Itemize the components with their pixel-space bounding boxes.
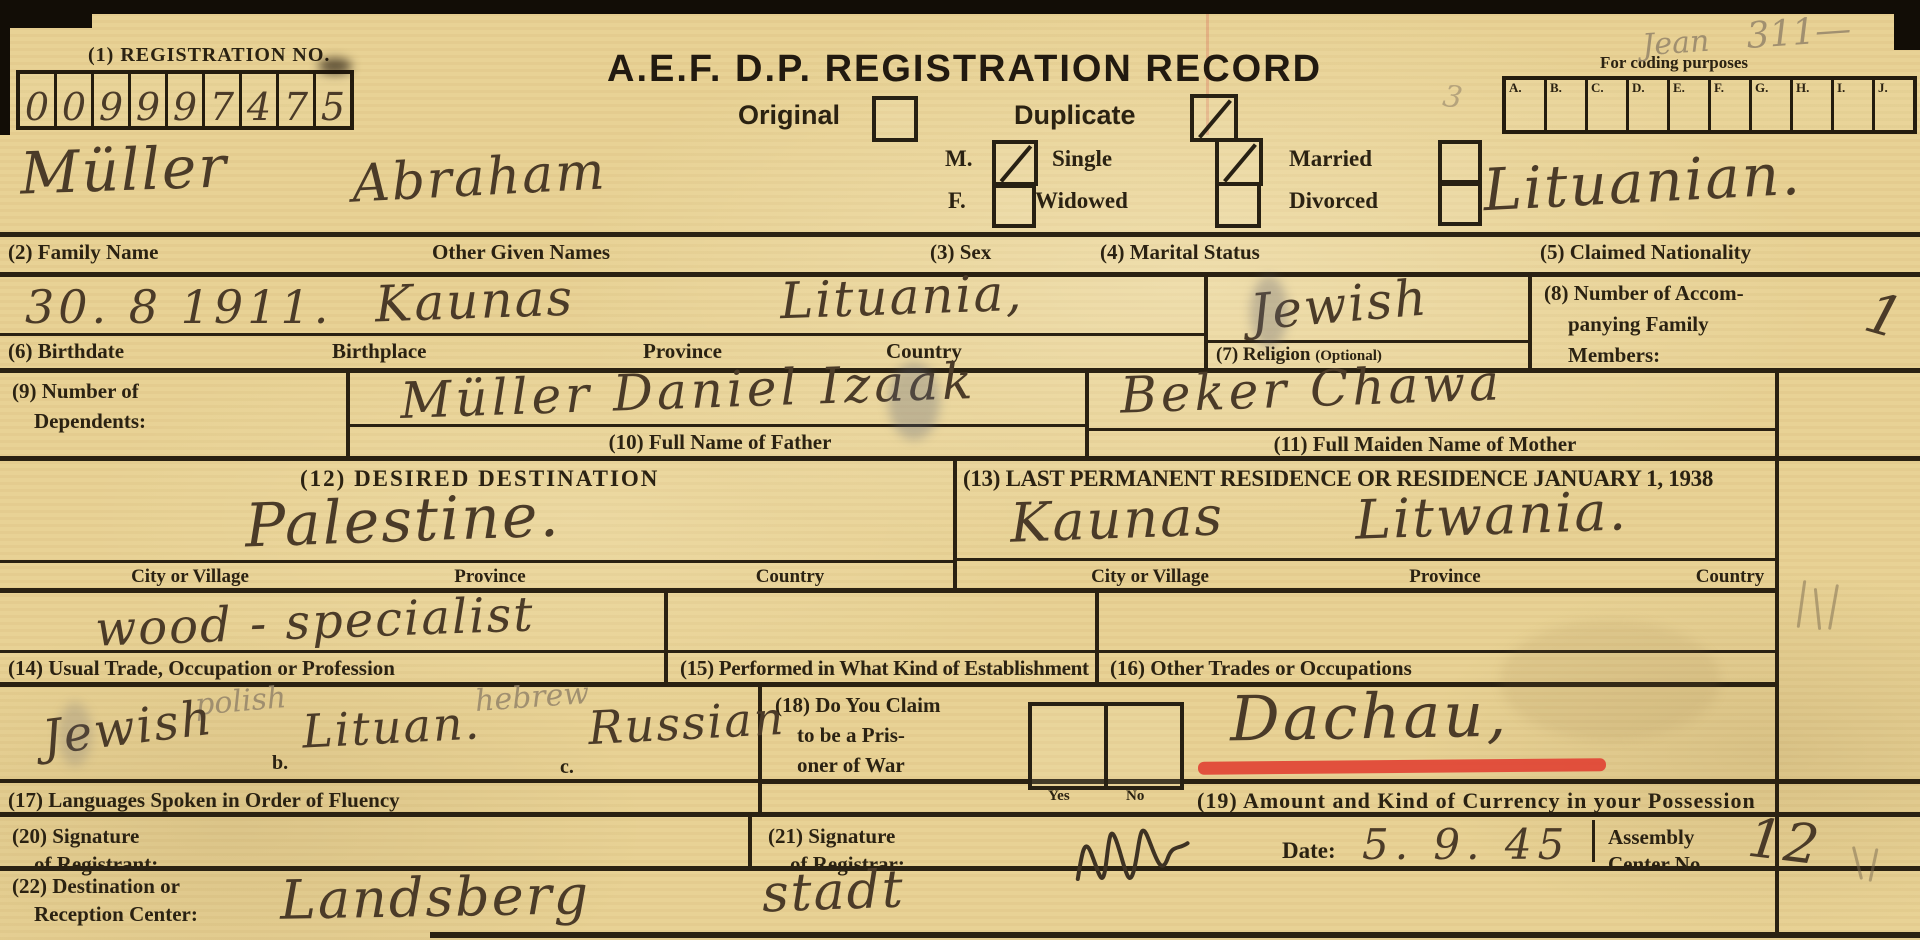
trade-value: wood - specialist bbox=[94, 586, 535, 657]
divorced-checkbox bbox=[1438, 182, 1482, 226]
reception-suffix-value: stadt bbox=[761, 860, 906, 925]
widowed-label: Widowed bbox=[1035, 188, 1128, 214]
rule bbox=[1204, 272, 1208, 368]
registration-no-label: (1) REGISTRATION NO. bbox=[88, 44, 330, 67]
registration-digit-box: 4 bbox=[242, 74, 279, 126]
rule bbox=[0, 560, 953, 563]
given-name-value: Abraham bbox=[351, 141, 608, 214]
registration-digit-box: 9 bbox=[94, 74, 131, 126]
scan-edge-left bbox=[0, 0, 10, 135]
registration-number-boxes: 0 0 9 9 9 7 4 7 5 bbox=[16, 70, 354, 130]
scan-edge-top bbox=[0, 0, 1920, 14]
performed-label: (15) Performed in What Kind of Establish… bbox=[680, 656, 1089, 681]
dp-registration-record-scan: (1) REGISTRATION NO. 0 0 9 9 9 7 4 7 5 A… bbox=[0, 0, 1920, 940]
coding-box-d: D. bbox=[1629, 80, 1670, 130]
coding-box-f: F. bbox=[1711, 80, 1752, 130]
registration-digit-box: 5 bbox=[316, 74, 350, 126]
coding-pencil-note: Jean 311— bbox=[1641, 9, 1853, 64]
rule bbox=[748, 812, 752, 866]
original-label: Original bbox=[738, 100, 840, 131]
coding-box-h: H. bbox=[1793, 80, 1834, 130]
pencil-scribble bbox=[1852, 846, 1863, 880]
date-value: 5. 9. 45 bbox=[1362, 820, 1570, 869]
family-name-label: (2) Family Name bbox=[8, 240, 158, 265]
father-name-value: Müller Daniel Izaak bbox=[399, 352, 977, 430]
birthdate-value: 30. 8 1911. bbox=[25, 280, 332, 334]
scan-edge-top-right bbox=[1894, 0, 1920, 50]
res-province-label: Province bbox=[1375, 566, 1515, 588]
coding-box-a: A. bbox=[1506, 80, 1547, 130]
rule bbox=[1095, 588, 1099, 682]
assembly-center-label: Assembly Center No. bbox=[1608, 824, 1706, 878]
residence-city-value: Kaunas bbox=[1009, 484, 1225, 554]
currency-label: (19) Amount and Kind of Currency in your… bbox=[1197, 788, 1756, 814]
pencil-scribble bbox=[1828, 584, 1839, 630]
m-label: M. bbox=[945, 146, 972, 172]
rule bbox=[953, 558, 1775, 561]
birthplace-label: Birthplace bbox=[332, 339, 427, 364]
dest-province-label: Province bbox=[420, 566, 560, 588]
assembly-center-value: 12 bbox=[1744, 806, 1824, 877]
reception-city-value: Landsberg bbox=[279, 863, 590, 931]
single-checkbox bbox=[1215, 138, 1263, 186]
single-label: Single bbox=[1052, 146, 1112, 172]
birthplace-value: Kaunas bbox=[374, 269, 575, 334]
married-label: Married bbox=[1289, 146, 1372, 172]
registration-digit-box: 7 bbox=[205, 74, 242, 126]
mother-name-label: (11) Full Maiden Name of Mother bbox=[1200, 432, 1650, 457]
res-country-label: Country bbox=[1660, 566, 1800, 588]
accompanying-members-label: (8) Number of Accom- panying Family Memb… bbox=[1544, 278, 1744, 371]
pow-yes-checkbox bbox=[1028, 702, 1106, 790]
rule bbox=[1085, 368, 1089, 456]
coding-pencil-word: Jean bbox=[1641, 24, 1710, 64]
registrar-signature bbox=[1065, 803, 1231, 900]
date-label: Date: bbox=[1282, 838, 1336, 864]
duplicate-label: Duplicate bbox=[1014, 100, 1136, 131]
f-checkbox bbox=[992, 184, 1036, 228]
dest-country-label: Country bbox=[720, 566, 860, 588]
coding-box-g: G. bbox=[1752, 80, 1793, 130]
pow-yes-label: Yes bbox=[1048, 788, 1070, 805]
rule bbox=[346, 368, 350, 456]
other-given-names-label: Other Given Names bbox=[432, 240, 610, 265]
reception-center-label: (22) Destination or Reception Center: bbox=[12, 872, 198, 928]
pow-claim-label: (18) Do You Claim to be a Pris- oner of … bbox=[775, 690, 940, 780]
birth-country-value: Lituania, bbox=[779, 264, 1024, 330]
usual-trade-label: (14) Usual Trade, Occupation or Professi… bbox=[8, 656, 395, 681]
coding-box-j: J. bbox=[1875, 80, 1913, 130]
pencil-scribble bbox=[1868, 848, 1878, 882]
rule bbox=[1592, 820, 1595, 862]
f-label: F. bbox=[948, 188, 966, 214]
paper-stain bbox=[1500, 620, 1720, 740]
rule bbox=[1085, 428, 1775, 431]
accompanying-members-value: 1 bbox=[1858, 280, 1912, 353]
coding-box-c: C. bbox=[1588, 80, 1629, 130]
birthdate-label: (6) Birthdate bbox=[8, 339, 124, 364]
rule bbox=[0, 588, 1775, 593]
scan-edge-top-left bbox=[0, 0, 92, 28]
rule bbox=[1528, 272, 1532, 368]
language-marker-c: c. bbox=[560, 756, 574, 779]
mother-name-value: Beker Chawa bbox=[1119, 353, 1504, 424]
red-underline bbox=[1198, 758, 1606, 775]
coding-box-i: I. bbox=[1834, 80, 1875, 130]
dest-city-label: City or Village bbox=[100, 566, 280, 588]
pow-no-label: No bbox=[1126, 788, 1144, 805]
camp-value: Dachau, bbox=[1229, 678, 1509, 756]
rule bbox=[430, 932, 1920, 938]
sex-label: (3) Sex bbox=[930, 240, 991, 265]
divorced-label: Divorced bbox=[1289, 188, 1378, 214]
registration-digit-box: 0 bbox=[57, 74, 94, 126]
coding-box-b: B. bbox=[1547, 80, 1588, 130]
desired-destination-value: Palestine. bbox=[244, 481, 562, 562]
rule bbox=[0, 779, 758, 783]
registrant-signature-label: (20) Signature of Registrant: bbox=[12, 822, 158, 878]
res-city-label: City or Village bbox=[1055, 566, 1245, 588]
pow-no-checkbox bbox=[1106, 702, 1184, 790]
form-title: A.E.F. D.P. REGISTRATION RECORD bbox=[607, 48, 1322, 91]
m-checkbox bbox=[992, 140, 1038, 186]
residence-province-value: Litwania. bbox=[1354, 479, 1629, 551]
language-b-value: Lituan. bbox=[301, 695, 483, 758]
marital-status-label: (4) Marital Status bbox=[1100, 240, 1260, 265]
registration-digit-box: 0 bbox=[20, 74, 57, 126]
language-c-value: Russian bbox=[587, 691, 787, 755]
married-checkbox bbox=[1438, 140, 1482, 184]
nationality-value: Lituanian. bbox=[1481, 140, 1803, 225]
registration-digit-box: 9 bbox=[168, 74, 205, 126]
other-trades-label: (16) Other Trades or Occupations bbox=[1110, 656, 1412, 681]
claimed-nationality-label: (5) Claimed Nationality bbox=[1540, 240, 1751, 265]
languages-pencil-note-2: hebrew bbox=[474, 676, 590, 719]
pencil-scribble bbox=[1814, 588, 1821, 630]
widowed-checkbox bbox=[1215, 182, 1261, 228]
pencil-mark: 3 bbox=[1440, 79, 1464, 117]
coding-box-e: E. bbox=[1670, 80, 1711, 130]
father-name-label: (10) Full Name of Father bbox=[500, 430, 940, 455]
original-checkbox bbox=[872, 96, 918, 142]
duplicate-checkbox bbox=[1190, 94, 1238, 142]
registration-digit-box: 9 bbox=[131, 74, 168, 126]
rule bbox=[953, 456, 957, 588]
registration-digit-box: 7 bbox=[279, 74, 316, 126]
rule bbox=[0, 232, 1920, 237]
dependents-label: (9) Number of Dependents: bbox=[12, 376, 146, 436]
languages-label: (17) Languages Spoken in Order of Fluenc… bbox=[8, 788, 400, 813]
language-a-value: Jewish bbox=[39, 690, 216, 767]
language-marker-b: b. bbox=[272, 752, 288, 775]
rule bbox=[664, 588, 668, 682]
family-name-value: Müller bbox=[19, 132, 229, 207]
coding-pencil-number: 311— bbox=[1745, 9, 1852, 57]
religion-value: Jewish bbox=[1248, 268, 1431, 341]
coding-boxes: A. B. C. D. E. F. G. H. I. J. bbox=[1502, 76, 1917, 134]
